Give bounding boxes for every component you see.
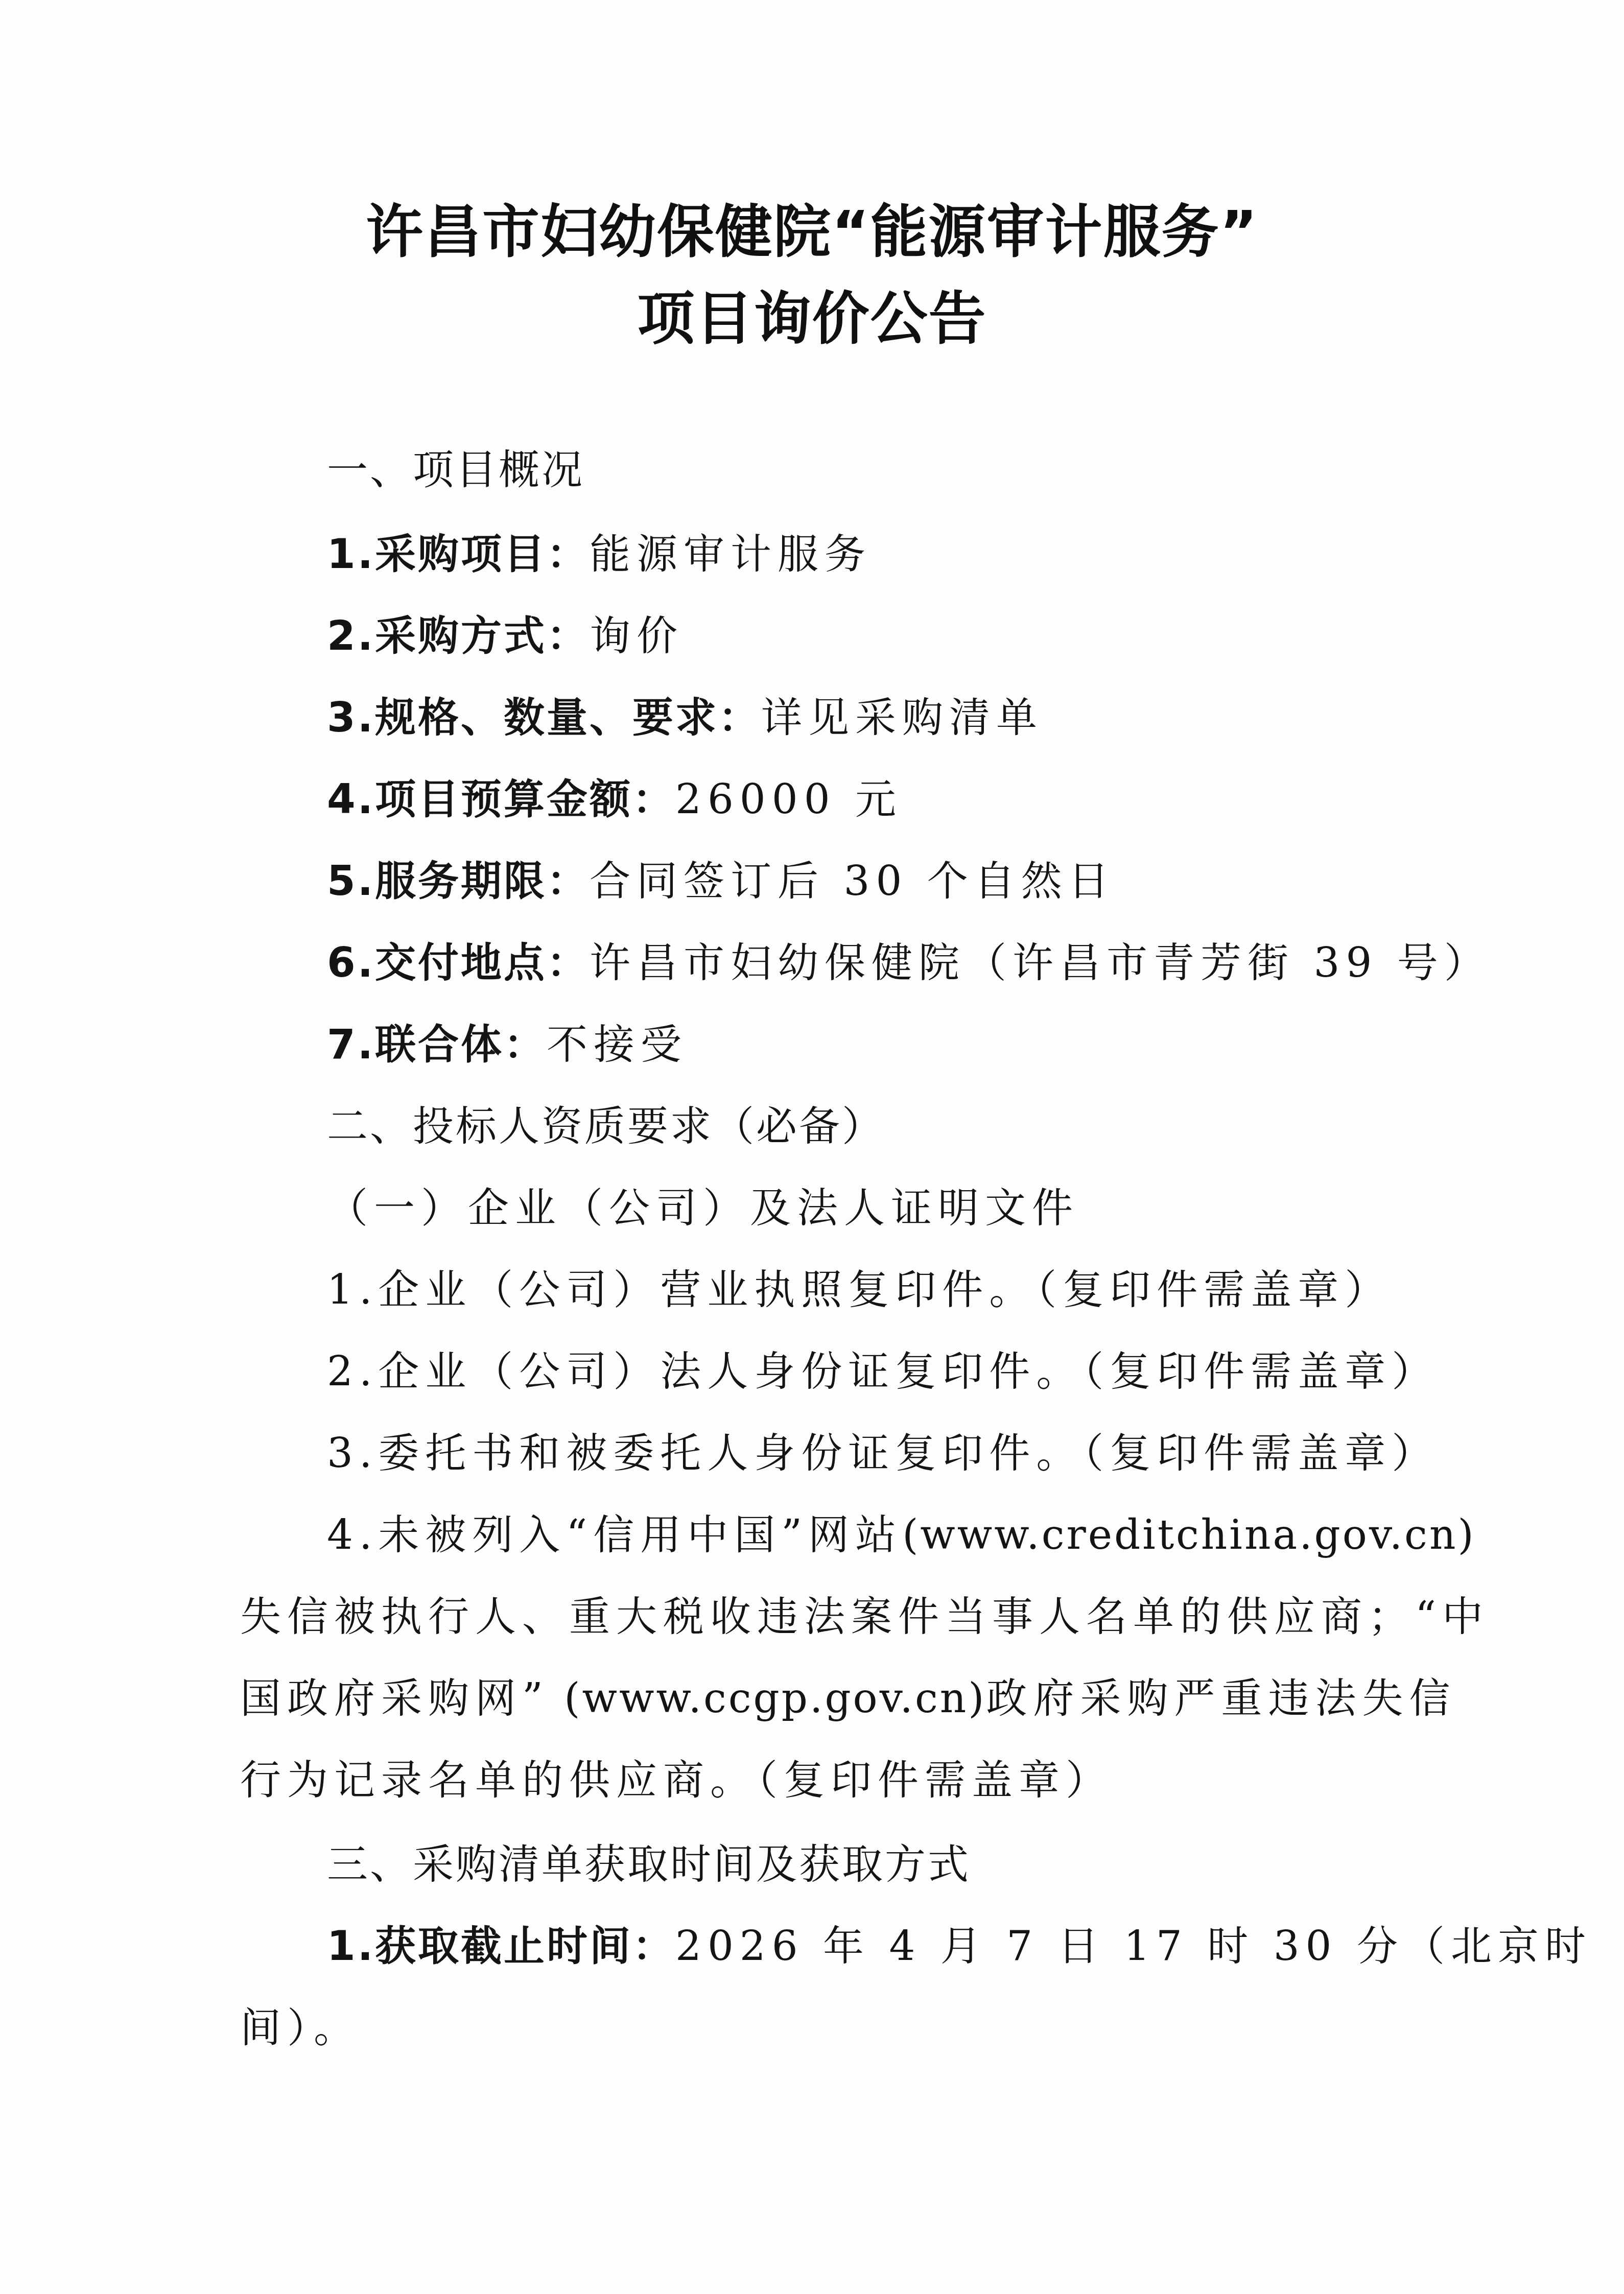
item-value: 26000 元 — [675, 775, 902, 823]
document-title-line2: 项目询价公告 — [0, 283, 1624, 355]
item-label: 6.交付地点： — [327, 939, 590, 986]
item-value: 能源审计服务 — [590, 530, 872, 578]
overview-item-budget: 4.项目预算金额：26000 元 — [327, 771, 902, 827]
item-value: 合同签订后 30 个自然日 — [590, 857, 1115, 905]
acquisition-deadline-continuation: 间）。 — [240, 2000, 361, 2056]
creditchina-url: (www.creditchina.gov.cn) — [902, 1511, 1476, 1558]
overview-item-procurement-project: 1.采购项目：能源审计服务 — [327, 526, 872, 582]
qualification-item-credit-line3: 国政府采购网” (www.ccgp.gov.cn)政府采购严重违法失信 — [240, 1670, 1456, 1727]
overview-item-procurement-method: 2.采购方式：询价 — [327, 608, 684, 664]
overview-item-consortium: 7.联合体：不接受 — [327, 1016, 688, 1073]
item-label: 1.采购项目： — [327, 530, 590, 578]
item-value: 详见采购清单 — [761, 694, 1043, 741]
item-label: 4.项目预算金额： — [327, 775, 675, 823]
item-text: 国政府采购网” — [240, 1674, 549, 1722]
overview-item-delivery-location: 6.交付地点：许昌市妇幼保健院（许昌市青芳街 39 号） — [327, 935, 1491, 991]
acquisition-deadline: 1.获取截止时间：2026 年 4 月 7 日 17 时 30 分（北京时 — [327, 1918, 1592, 1974]
item-value: 2026 年 4 月 7 日 17 时 30 分（北京时 — [675, 1922, 1592, 1970]
item-label: 7.联合体： — [327, 1021, 547, 1068]
overview-item-specifications: 3.规格、数量、要求：详见采购清单 — [327, 690, 1043, 746]
item-label: 3.规格、数量、要求： — [327, 694, 761, 741]
item-text: 4.未被列入“信用中国”网站 — [327, 1511, 902, 1558]
item-value: 许昌市妇幼保健院（许昌市青芳街 39 号） — [590, 939, 1491, 986]
overview-item-service-period: 5.服务期限：合同签订后 30 个自然日 — [327, 853, 1115, 909]
item-label: 1.获取截止时间： — [327, 1922, 675, 1970]
section2-heading: 二、投标人资质要求（必备） — [327, 1098, 885, 1154]
section1-heading: 一、项目概况 — [327, 442, 584, 498]
section3-heading: 三、采购清单获取时间及获取方式 — [327, 1836, 971, 1893]
item-label: 5.服务期限： — [327, 857, 590, 905]
item-value: 不接受 — [547, 1021, 688, 1068]
qualification-item-credit-line1: 4.未被列入“信用中国”网站(www.creditchina.gov.cn) — [327, 1507, 1476, 1563]
document-page: 许昌市妇幼保健院“能源审计服务” 项目询价公告 一、项目概况 1.采购项目：能源… — [0, 0, 1624, 2294]
qualification-item-credit-line2: 失信被执行人、重大税收违法案件当事人名单的供应商；“中 — [240, 1589, 1489, 1645]
item-label: 2.采购方式： — [327, 612, 590, 659]
section2-subheading: （一）企业（公司）及法人证明文件 — [327, 1180, 1079, 1236]
item-value: 询价 — [590, 612, 684, 659]
ccgp-url: (www.ccgp.gov.cn) — [549, 1674, 986, 1722]
qualification-item-credit-line4: 行为记录名单的供应商。（复印件需盖章） — [240, 1752, 1113, 1808]
qualification-item-authorization: 3.委托书和被委托人身份证复印件。（复印件需盖章） — [327, 1425, 1439, 1481]
qualification-item-business-license: 1.企业（公司）营业执照复印件。（复印件需盖章） — [327, 1262, 1392, 1318]
item-text: 政府采购严重违法失信 — [986, 1674, 1456, 1722]
qualification-item-legal-rep-id: 2.企业（公司）法人身份证复印件。（复印件需盖章） — [327, 1343, 1439, 1400]
document-title-line1: 许昌市妇幼保健院“能源审计服务” — [0, 197, 1624, 268]
